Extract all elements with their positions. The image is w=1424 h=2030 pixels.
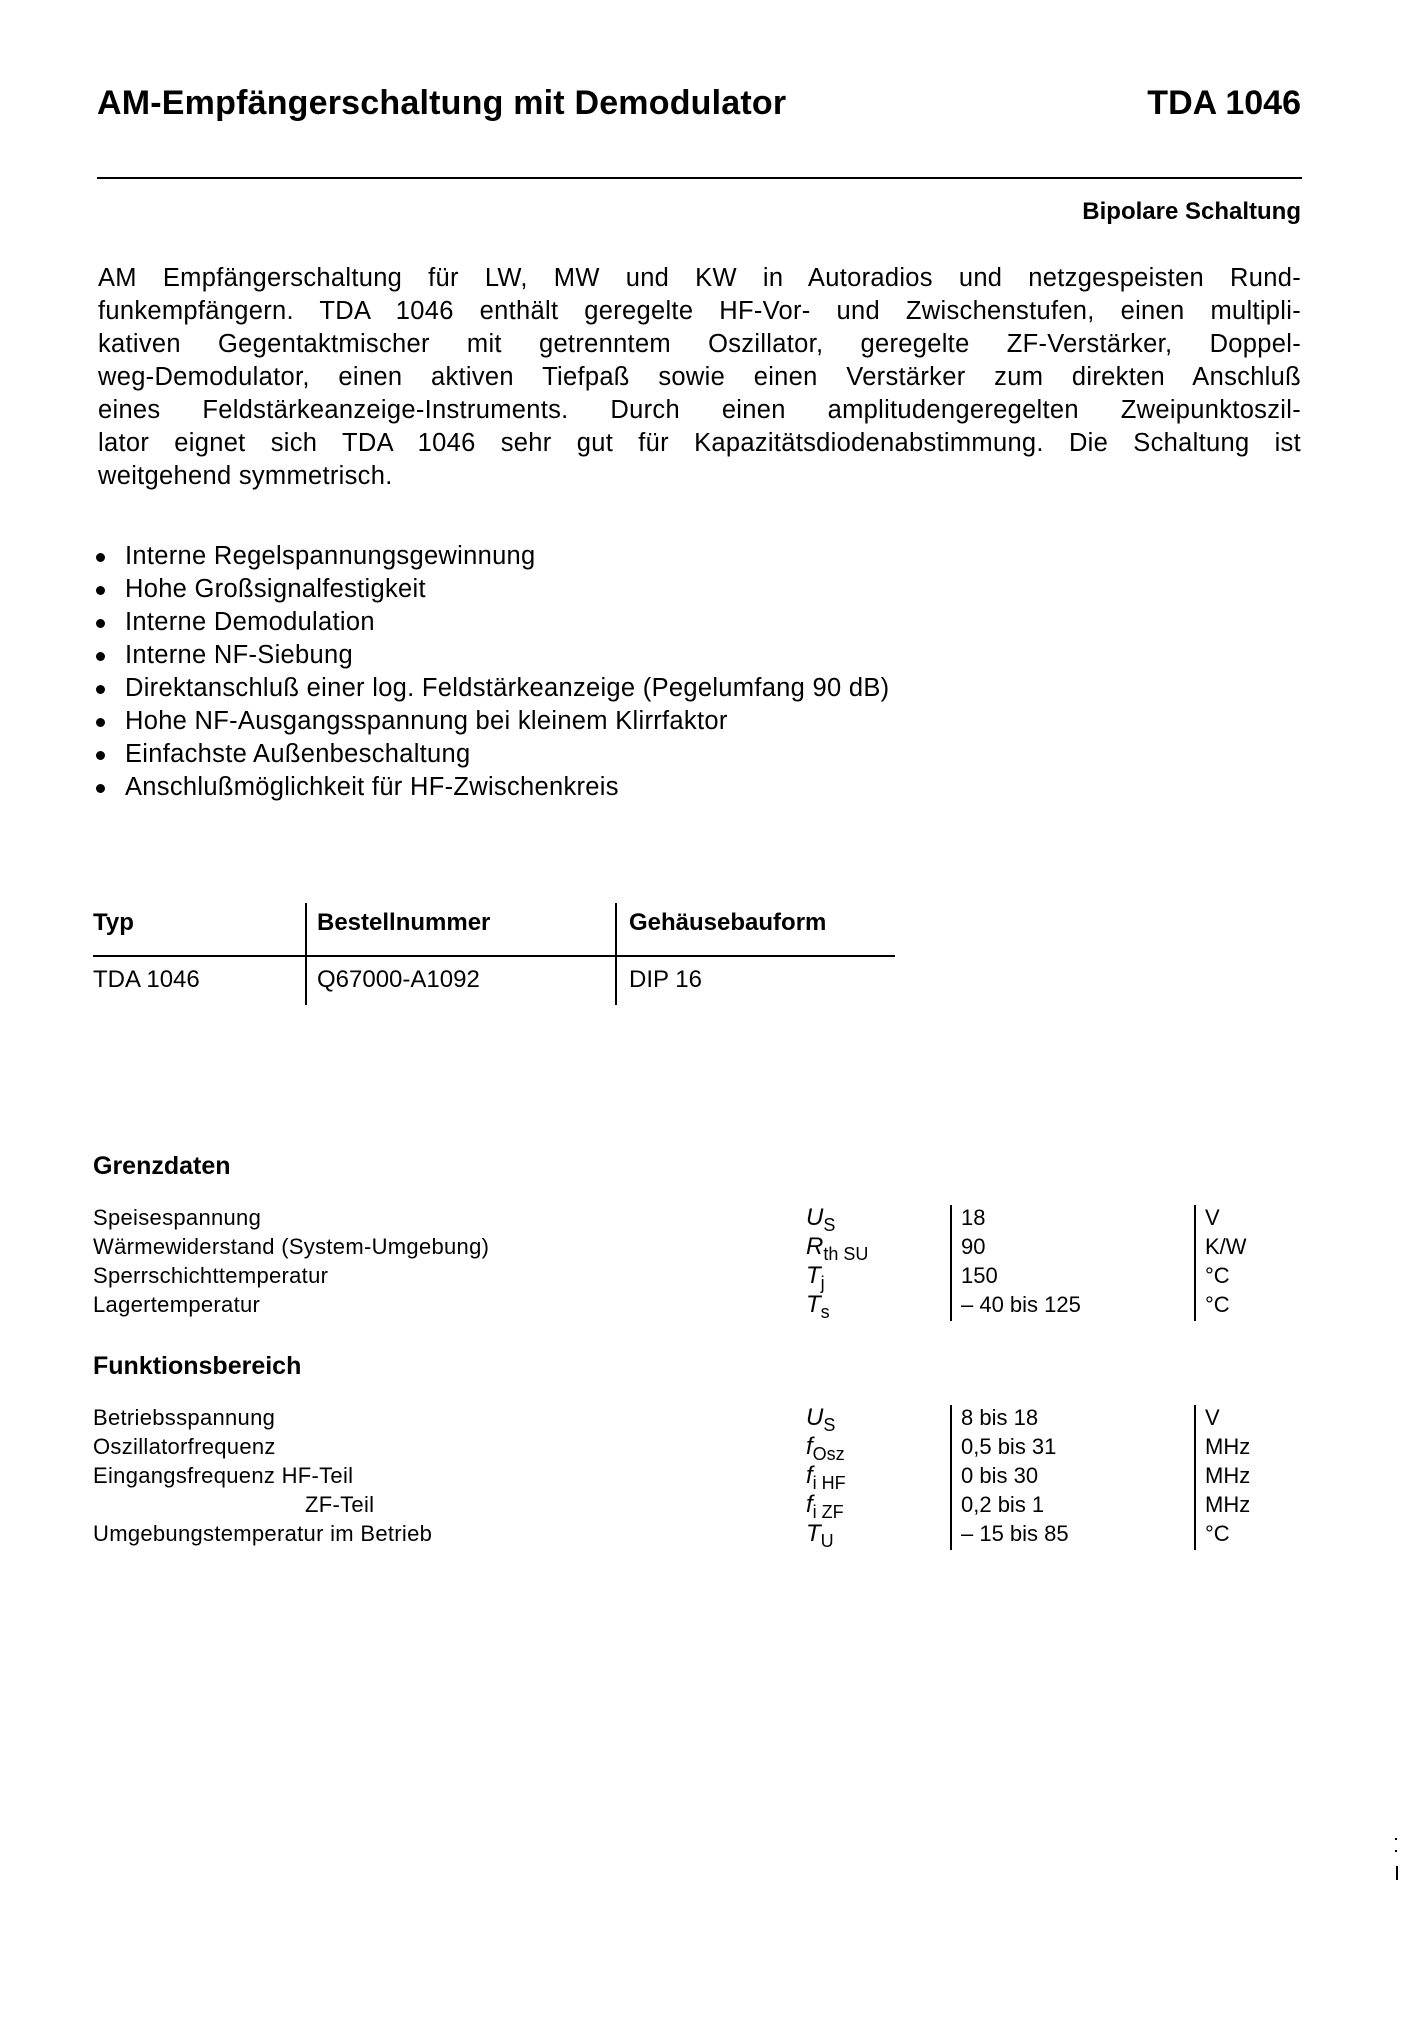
param-label: Lagertemperatur <box>93 1292 260 1318</box>
param-symbol: Tj <box>806 1262 825 1294</box>
scan-mark <box>1396 1866 1398 1880</box>
param-label: Speisespannung <box>93 1205 261 1231</box>
param-row: Oszillatorfrequenz fOsz 0,5 bis 31 MHz <box>93 1434 1313 1463</box>
feature-text: Hohe Großsignalfestigkeit <box>125 575 426 603</box>
scan-speck <box>1395 1850 1397 1852</box>
list-item: Anschlußmöglichkeit für HF-Zwischenkreis <box>96 771 889 804</box>
param-label: Sperrschichttemperatur <box>93 1263 328 1289</box>
section-title-funktionsbereich: Funktionsbereich <box>93 1352 301 1381</box>
cell-package: DIP 16 <box>629 966 702 994</box>
param-unit: K/W <box>1205 1234 1247 1260</box>
grenzdaten-table: Speisespannung US 18 V Wärmewiderstand (… <box>93 1205 1313 1321</box>
bullet-icon <box>96 751 105 760</box>
param-symbol: TU <box>806 1520 834 1552</box>
list-item: Interne Regelspannungsgewinnung <box>96 540 889 573</box>
param-label: ZF-Teil <box>305 1492 374 1518</box>
param-row: Umgebungstemperatur im Betrieb TU – 15 b… <box>93 1521 1313 1550</box>
header-rule <box>97 177 1302 179</box>
table-divider <box>305 903 307 1005</box>
bullet-icon <box>96 685 105 694</box>
description-line: weitgehend symmetrisch. <box>98 460 1301 493</box>
param-label: Umgebungstemperatur im Betrieb <box>93 1521 432 1547</box>
scan-speck <box>1395 1838 1397 1840</box>
description-line: funkempfängern. TDA 1046 enthält geregel… <box>98 295 1301 328</box>
feature-text: Interne NF-Siebung <box>125 641 353 669</box>
param-unit: V <box>1205 1205 1220 1231</box>
param-unit: °C <box>1205 1521 1230 1547</box>
part-number: TDA 1046 <box>1147 84 1301 123</box>
param-value: 8 bis 18 <box>961 1405 1038 1431</box>
bullet-icon <box>96 586 105 595</box>
bullet-icon <box>96 784 105 793</box>
feature-list: Interne Regelspannungsgewinnung Hohe Gro… <box>96 540 889 804</box>
description-paragraph: AM Empfängerschaltung für LW, MW und KW … <box>98 262 1301 493</box>
param-row: Betriebsspannung US 8 bis 18 V <box>93 1405 1313 1434</box>
cell-typ: TDA 1046 <box>93 966 200 994</box>
description-line: eines Feldstärkeanzeige-Instruments. Dur… <box>98 394 1301 427</box>
param-symbol: fi HF <box>806 1462 846 1494</box>
bullet-icon <box>96 652 105 661</box>
param-symbol: US <box>806 1204 835 1236</box>
list-item: Hohe Großsignalfestigkeit <box>96 573 889 606</box>
list-item: Direktanschluß einer log. Feldstärkeanze… <box>96 672 889 705</box>
param-row: ZF-Teil fi ZF 0,2 bis 1 MHz <box>93 1492 1313 1521</box>
param-row: Eingangsfrequenz HF-Teil fi HF 0 bis 30 … <box>93 1463 1313 1492</box>
param-value: 0,2 bis 1 <box>961 1492 1044 1518</box>
bullet-icon <box>96 619 105 628</box>
param-value: 0,5 bis 31 <box>961 1434 1056 1460</box>
param-symbol: Rth SU <box>806 1233 868 1265</box>
section-title-grenzdaten: Grenzdaten <box>93 1152 231 1181</box>
param-label: Eingangsfrequenz HF-Teil <box>93 1463 353 1489</box>
param-symbol: Ts <box>806 1291 830 1323</box>
feature-text: Interne Demodulation <box>125 608 375 636</box>
description-line: weg-Demodulator, einen aktiven Tiefpaß s… <box>98 361 1301 394</box>
column-header-package: Gehäusebauform <box>629 909 826 937</box>
param-value: 0 bis 30 <box>961 1463 1038 1489</box>
param-value: 90 <box>961 1234 985 1260</box>
param-value: 18 <box>961 1205 985 1231</box>
param-value: – 40 bis 125 <box>961 1292 1081 1318</box>
param-value: – 15 bis 85 <box>961 1521 1069 1547</box>
document-title: AM-Empfängerschaltung mit Demodulator <box>97 84 786 123</box>
table-divider <box>615 903 617 1005</box>
ordering-table: Typ Bestellnummer Gehäusebauform TDA 104… <box>93 903 895 1005</box>
cell-order-number: Q67000-A1092 <box>317 966 480 994</box>
param-symbol: US <box>806 1404 835 1436</box>
bullet-icon <box>96 553 105 562</box>
list-item: Hohe NF-Ausgangsspannung bei kleinem Kli… <box>96 705 889 738</box>
technology-label: Bipolare Schaltung <box>1082 198 1301 226</box>
funktionsbereich-table: Betriebsspannung US 8 bis 18 V Oszillato… <box>93 1405 1313 1550</box>
list-item: Interne NF-Siebung <box>96 639 889 672</box>
bullet-icon <box>96 718 105 727</box>
feature-text: Direktanschluß einer log. Feldstärkeanze… <box>125 674 889 702</box>
feature-text: Anschlußmöglichkeit für HF-Zwischenkreis <box>125 773 619 801</box>
param-row: Lagertemperatur Ts – 40 bis 125 °C <box>93 1292 1313 1321</box>
param-unit: V <box>1205 1405 1220 1431</box>
feature-text: Einfachste Außenbeschaltung <box>125 740 471 768</box>
param-value: 150 <box>961 1263 998 1289</box>
param-label: Wärmewiderstand (System-Umgebung) <box>93 1234 489 1260</box>
column-header-order-number: Bestellnummer <box>317 909 490 937</box>
param-unit: MHz <box>1205 1434 1250 1460</box>
param-unit: °C <box>1205 1263 1230 1289</box>
param-label: Betriebsspannung <box>93 1405 275 1431</box>
param-row: Wärmewiderstand (System-Umgebung) Rth SU… <box>93 1234 1313 1263</box>
description-line: AM Empfängerschaltung für LW, MW und KW … <box>98 262 1301 295</box>
param-unit: °C <box>1205 1292 1230 1318</box>
param-symbol: fi ZF <box>806 1491 844 1523</box>
param-label: Oszillatorfrequenz <box>93 1434 276 1460</box>
list-item: Interne Demodulation <box>96 606 889 639</box>
column-header-typ: Typ <box>93 909 134 937</box>
param-unit: MHz <box>1205 1463 1250 1489</box>
param-row: Sperrschichttemperatur Tj 150 °C <box>93 1263 1313 1292</box>
feature-text: Interne Regelspannungsgewinnung <box>125 542 536 570</box>
description-line: kativen Gegentaktmischer mit getrenntem … <box>98 328 1301 361</box>
description-line: lator eignet sich TDA 1046 sehr gut für … <box>98 427 1301 460</box>
param-symbol: fOsz <box>806 1433 845 1465</box>
param-unit: MHz <box>1205 1492 1250 1518</box>
feature-text: Hohe NF-Ausgangsspannung bei kleinem Kli… <box>125 707 728 735</box>
table-header-rule <box>93 955 895 957</box>
param-row: Speisespannung US 18 V <box>93 1205 1313 1234</box>
list-item: Einfachste Außenbeschaltung <box>96 738 889 771</box>
